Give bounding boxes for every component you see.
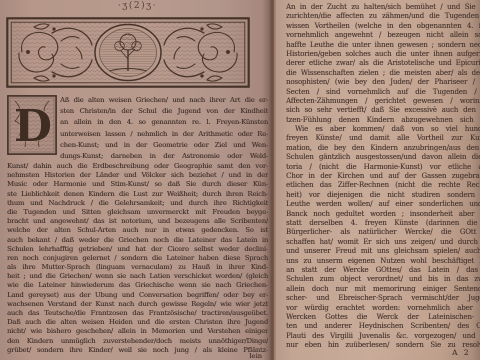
signature-mark: A 2 <box>452 348 471 357</box>
text-line: wissen Vortheilen (welche in den obgenan… <box>286 22 480 31</box>
text-line: Affecten-Zähmungen / gerichtet gewesen /… <box>286 97 480 106</box>
text-line: Historien/geben solches auch die unter i… <box>286 50 480 59</box>
text-line: etlichen das Ziffer-Rechnen (nicht die r… <box>286 181 480 190</box>
text-line: mation, die bey den Kindern anzubringen/… <box>286 144 480 153</box>
text-line: Kunst/ dahin auch die Erdbeschreibung od… <box>7 162 268 171</box>
text-line: Wercken Gottes die Werck der Lateinische… <box>286 313 480 322</box>
page-number-text: (2) <box>129 1 146 11</box>
text-line: vor würdig erachtet worden: vornehmlich … <box>286 304 480 313</box>
text-line: ren noch conjugiren gelernet / sondern d… <box>7 254 268 263</box>
text-line: Aß die alten weisen Griechen/ und nach i… <box>60 95 268 106</box>
text-line: bracht und angewehnt/ das ist notorium, … <box>7 217 268 226</box>
text-line: nur eben hin zuüberlesen/ sondern Sie zu… <box>286 341 480 350</box>
page-number: ·ʒ(2)ʒ· <box>7 0 268 13</box>
text-line: Wie es aber kommen/ daß von so viel hund… <box>286 125 480 134</box>
text-line: ste Lieblichkeit denen Kindern die Lust … <box>7 190 268 199</box>
text-line: Plauti des Virgilii Juvenalis &c. vorgez… <box>286 332 480 341</box>
text-line: als ihre Mutter-Sprach (linguam vernacul… <box>7 263 268 272</box>
text-line: die Wissenschaften zielen ; die meisten … <box>286 69 480 78</box>
text-line: dungs-Kunst; darneben in der Astronomie … <box>60 151 268 162</box>
text-line: den Kindern unmüglich zuverstehender/doc… <box>7 337 268 346</box>
text-line: Schulen zum object verordnet/ und bis in… <box>286 275 480 284</box>
text-line: Music oder Harmonie und Stim-Kunst/ so d… <box>7 180 268 189</box>
text-line: uns zu unserm eigenen Nutzen wohl beschä… <box>286 257 480 266</box>
text-line: sten Christen/in der Schul die Jugend vo… <box>60 106 268 117</box>
text-line: freyen Künste/ und damit alle Vortheil z… <box>286 134 480 143</box>
text-line: heit ; und die Griechen/ wenn sie nach L… <box>7 272 268 281</box>
text-line: die Tugenden und Sitten gleichsam unverm… <box>7 208 268 217</box>
text-line: haffte Leuthe die unter ihnen gewesen ; … <box>286 41 480 50</box>
text-line: Secten / sind vornehmlich auf die Tugend… <box>286 88 480 97</box>
text-line: chen-Kunst; und in der Geometrie oder Zi… <box>60 140 268 151</box>
text-line: nehmsten Historien der Länder und Völcke… <box>7 171 268 180</box>
text-line: und unserer Freud mit uns gleichsam spie… <box>286 247 480 256</box>
text-line: Bürgerlicher- als natürlicher Wercke/ di… <box>286 228 480 237</box>
text-line: thum und Nachdruck / die Gelehrsamkeit; … <box>7 199 268 208</box>
text-line: Land gereyset) aus der Ubung und Convers… <box>7 291 268 300</box>
text-line: statt derselben 4. freyen Künste (darinn… <box>286 219 480 228</box>
right-paragraph-1: An in der Zucht zu halten/sich bemühet /… <box>286 3 480 125</box>
catchword: lein <box>7 352 262 360</box>
right-page: An in der Zucht zu halten/sich bemühet /… <box>276 0 480 360</box>
text-line: nicht/ wie bishero geschehen/ allein in … <box>7 327 268 336</box>
text-line: auch bekant / daß weder die Griechen noc… <box>7 236 268 245</box>
text-line: unterweisen lassen / nehmlich in der Ari… <box>60 129 268 140</box>
text-line: ten und anderer Heydnischen Scribenten/ … <box>286 322 480 331</box>
text-line: an allein in den 4. so genannten re. l. … <box>60 117 268 128</box>
text-line: Chor in der Kirchen und auf der Gassen z… <box>286 172 480 181</box>
text-line: schaffen hat/ womit Er sich uns zeigen/ … <box>286 238 480 247</box>
text-line: auch das Teutsche/die Frantzosen das Fra… <box>7 309 268 318</box>
text-line: An in der Zucht zu halten/sich bemühet /… <box>286 3 480 12</box>
drop-cap-block: D <box>7 95 57 155</box>
text-line: nosophisten/ (wie bey den Juden/ der Pha… <box>286 78 480 87</box>
opening-paragraph: Aß die alten weisen Griechen/ und nach i… <box>60 95 268 162</box>
text-line: derer etliche zwar/ als die Aristotelisc… <box>286 59 480 68</box>
book-photo: ·ʒ(2)ʒ· <box>0 0 480 360</box>
text-line: wachsenen Verstand der Kunst nach durch … <box>7 300 268 309</box>
right-text-column: An in der Zucht zu halten/sich bemühet /… <box>286 3 480 350</box>
text-line: Daß auch die alten weisen Heiden und die… <box>7 318 268 327</box>
text-line: Banck noch gedultet worden ; insonderhei… <box>286 210 480 219</box>
text-line: tzen-Fühlung denen Kindern abzugewehnen … <box>286 116 480 125</box>
text-line: Schulen lehrhafftig getrieben/ und hat d… <box>7 245 268 254</box>
text-line: sich so sehr vertiefft/ daß Sie excessiv… <box>286 106 480 115</box>
text-line: Leuthe werden wollen/ auf einer sonderli… <box>286 200 480 209</box>
text-line: scher- und Ebreischer-Sprach vermischt/d… <box>286 294 480 303</box>
left-page: ·ʒ(2)ʒ· <box>0 0 272 360</box>
text-line: zurichten/die affecten zu zähmen/und die… <box>286 12 480 21</box>
header-ornament-icon: ʒ· <box>146 1 157 11</box>
headpiece-engraving <box>6 17 250 88</box>
text-line: Schulen gäntzlich ausgestossen/und davon… <box>286 153 480 162</box>
text-line: welche der alten Schul-Arten auch nur in… <box>7 226 268 235</box>
right-paragraph-2: Wie es aber kommen/ daß von so viel hund… <box>286 125 480 350</box>
header-ornament-icon: ·ʒ <box>118 1 129 11</box>
text-line: heit) vor diejenigen die nicht studiren … <box>286 191 480 200</box>
text-line: allein doch nur mit memorirung einiger S… <box>286 285 480 294</box>
text-line: toria / (nicht die Harmonie-Kunst) vor e… <box>286 163 480 172</box>
drop-cap-letter: D <box>14 101 52 152</box>
text-line: vornehmlich angewehnt / bezeugen nicht a… <box>286 31 480 40</box>
body-paragraph: Kunst/ dahin auch die Erdbeschreibung od… <box>7 162 268 355</box>
text-line: wie die Lateiner hinwiederum das Griechi… <box>7 281 268 290</box>
medallion-tree <box>95 25 161 81</box>
text-line: an statt der Wercke GOttes/ das Latein /… <box>286 266 480 275</box>
